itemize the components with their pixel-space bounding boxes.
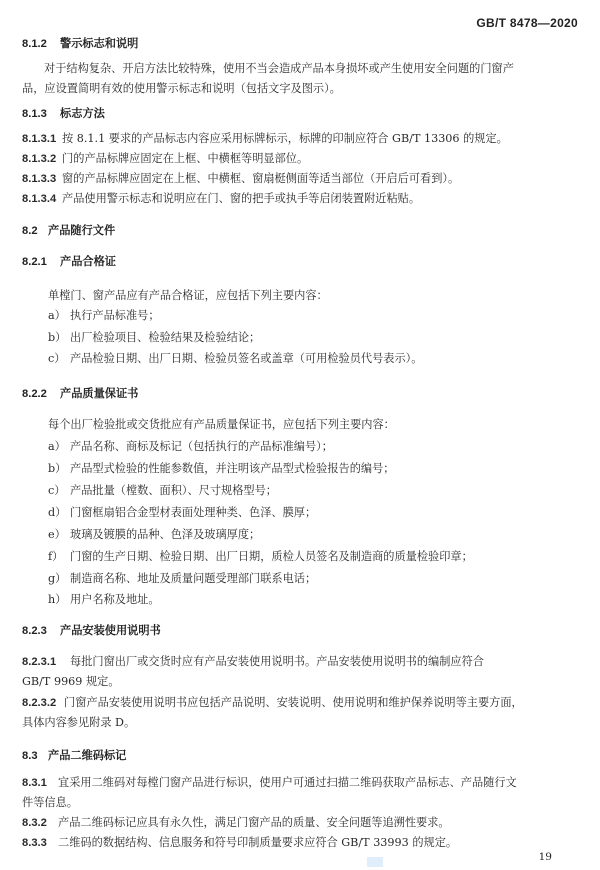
- list-item-8-2-2-a: a）产品名称、商标及标记（包括执行的产品标准编号）；: [48, 440, 578, 454]
- list-item-8-2-2-h: h）用户名称及地址。: [48, 593, 578, 607]
- paragraph-8-2-2: 每个出厂检验批或交货批应有产品质量保证书，应包括下列主要内容：: [48, 418, 578, 432]
- section-heading-8-2-3: 8.2.3产品安装使用说明书: [22, 624, 578, 638]
- clause-8-3-2: 8.3.2产品二维码标记应具有永久性，满足门窗产品的质量、安全问题等追溯性要求。: [22, 816, 578, 830]
- list-item-8-2-1-a: a）执行产品标准号；: [48, 309, 578, 323]
- list-item-8-2-1-c: c）产品检验日期、出厂日期、检验员签名或盖章（可用检验员代号表示）。: [48, 352, 578, 366]
- clause-8-3-1-line2: 件等信息。: [22, 796, 578, 810]
- clause-8-2-3-1-line1: 8.2.3.1每批门窗出厂或交货时应有产品安装使用说明书。产品安装使用说明书的编…: [22, 655, 578, 669]
- list-item-8-2-2-f: f）门窗的生产日期、检验日期、出厂日期，质检人员签名及制造商的质量检验印章；: [48, 550, 578, 564]
- list-item-8-2-2-e: e）玻璃及镀膜的品种、色泽及玻璃厚度；: [48, 528, 578, 542]
- clause-8-3-3: 8.3.3二维码的数据结构、信息服务和符号印制质量要求应符合 GB/T 3399…: [22, 836, 578, 850]
- section-heading-8-2: 8.2产品随行文件: [22, 224, 578, 238]
- list-item-8-2-2-g: g）制造商名称、地址及质量问题受理部门联系电话；: [48, 572, 578, 586]
- clause-8-2-3-2-line1: 8.2.3.2门窗产品安装使用说明书应包括产品说明、安装说明、使用说明和维护保养…: [22, 696, 578, 710]
- clause-8-1-3-2: 8.1.3.2门的产品标牌应固定在上框、中横框等明显部位。: [22, 152, 578, 166]
- clause-8-2-3-1-line2: GB/T 9969 规定。: [22, 675, 578, 689]
- section-heading-8-3: 8.3产品二维码标记: [22, 749, 578, 763]
- section-heading-8-2-1: 8.2.1产品合格证: [22, 255, 578, 269]
- list-item-8-2-1-b: b）出厂检验项目、检验结果及检验结论；: [48, 331, 578, 345]
- clause-8-1-3-1: 8.1.3.1按 8.1.1 要求的产品标志内容应采用标牌标示，标牌的印制应符合…: [22, 132, 578, 146]
- list-item-8-2-2-c: c）产品批量（樘数、面积）、尺寸规格型号；: [48, 484, 578, 498]
- paragraph-8-1-2-line1: 对于结构复杂、开启方法比较特殊，使用不当会造成产品本身损坏或产生使用安全问题的门…: [44, 62, 578, 76]
- clause-8-1-3-4: 8.1.3.4产品使用警示标志和说明应在门、窗的把手或执手等启闭装置附近粘贴。: [22, 192, 578, 206]
- section-heading-8-2-2: 8.2.2产品质量保证书: [22, 387, 578, 401]
- scan-artifact-mark: [367, 857, 383, 867]
- clause-8-2-3-2-line2: 具体内容参见附录 D。: [22, 716, 578, 730]
- clause-8-1-3-3: 8.1.3.3窗的产品标牌应固定在上框、中横框、窗扇梃侧面等适当部位（开启后可看…: [22, 172, 578, 186]
- paragraph-8-2-1: 单樘门、窗产品应有产品合格证，应包括下列主要内容：: [48, 289, 578, 303]
- section-heading-8-1-3: 8.1.3标志方法: [22, 107, 578, 121]
- section-heading-8-1-2: 8.1.2警示标志和说明: [22, 37, 578, 51]
- standard-code-header: GB/T 8478—2020: [476, 16, 578, 30]
- list-item-8-2-2-b: b）产品型式检验的性能参数值，并注明该产品型式检验报告的编号；: [48, 462, 578, 476]
- paragraph-8-1-2-line2: 品，应设置简明有效的使用警示标志和说明（包括文字及图示）。: [22, 82, 578, 96]
- list-item-8-2-2-d: d）门窗框扇铝合金型材表面处理种类、色泽、膜厚；: [48, 506, 578, 520]
- page-number: 19: [539, 851, 552, 863]
- clause-8-3-1-line1: 8.3.1宜采用二维码对每樘门窗产品进行标识，使用户可通过扫描二维码获取产品标志…: [22, 776, 578, 790]
